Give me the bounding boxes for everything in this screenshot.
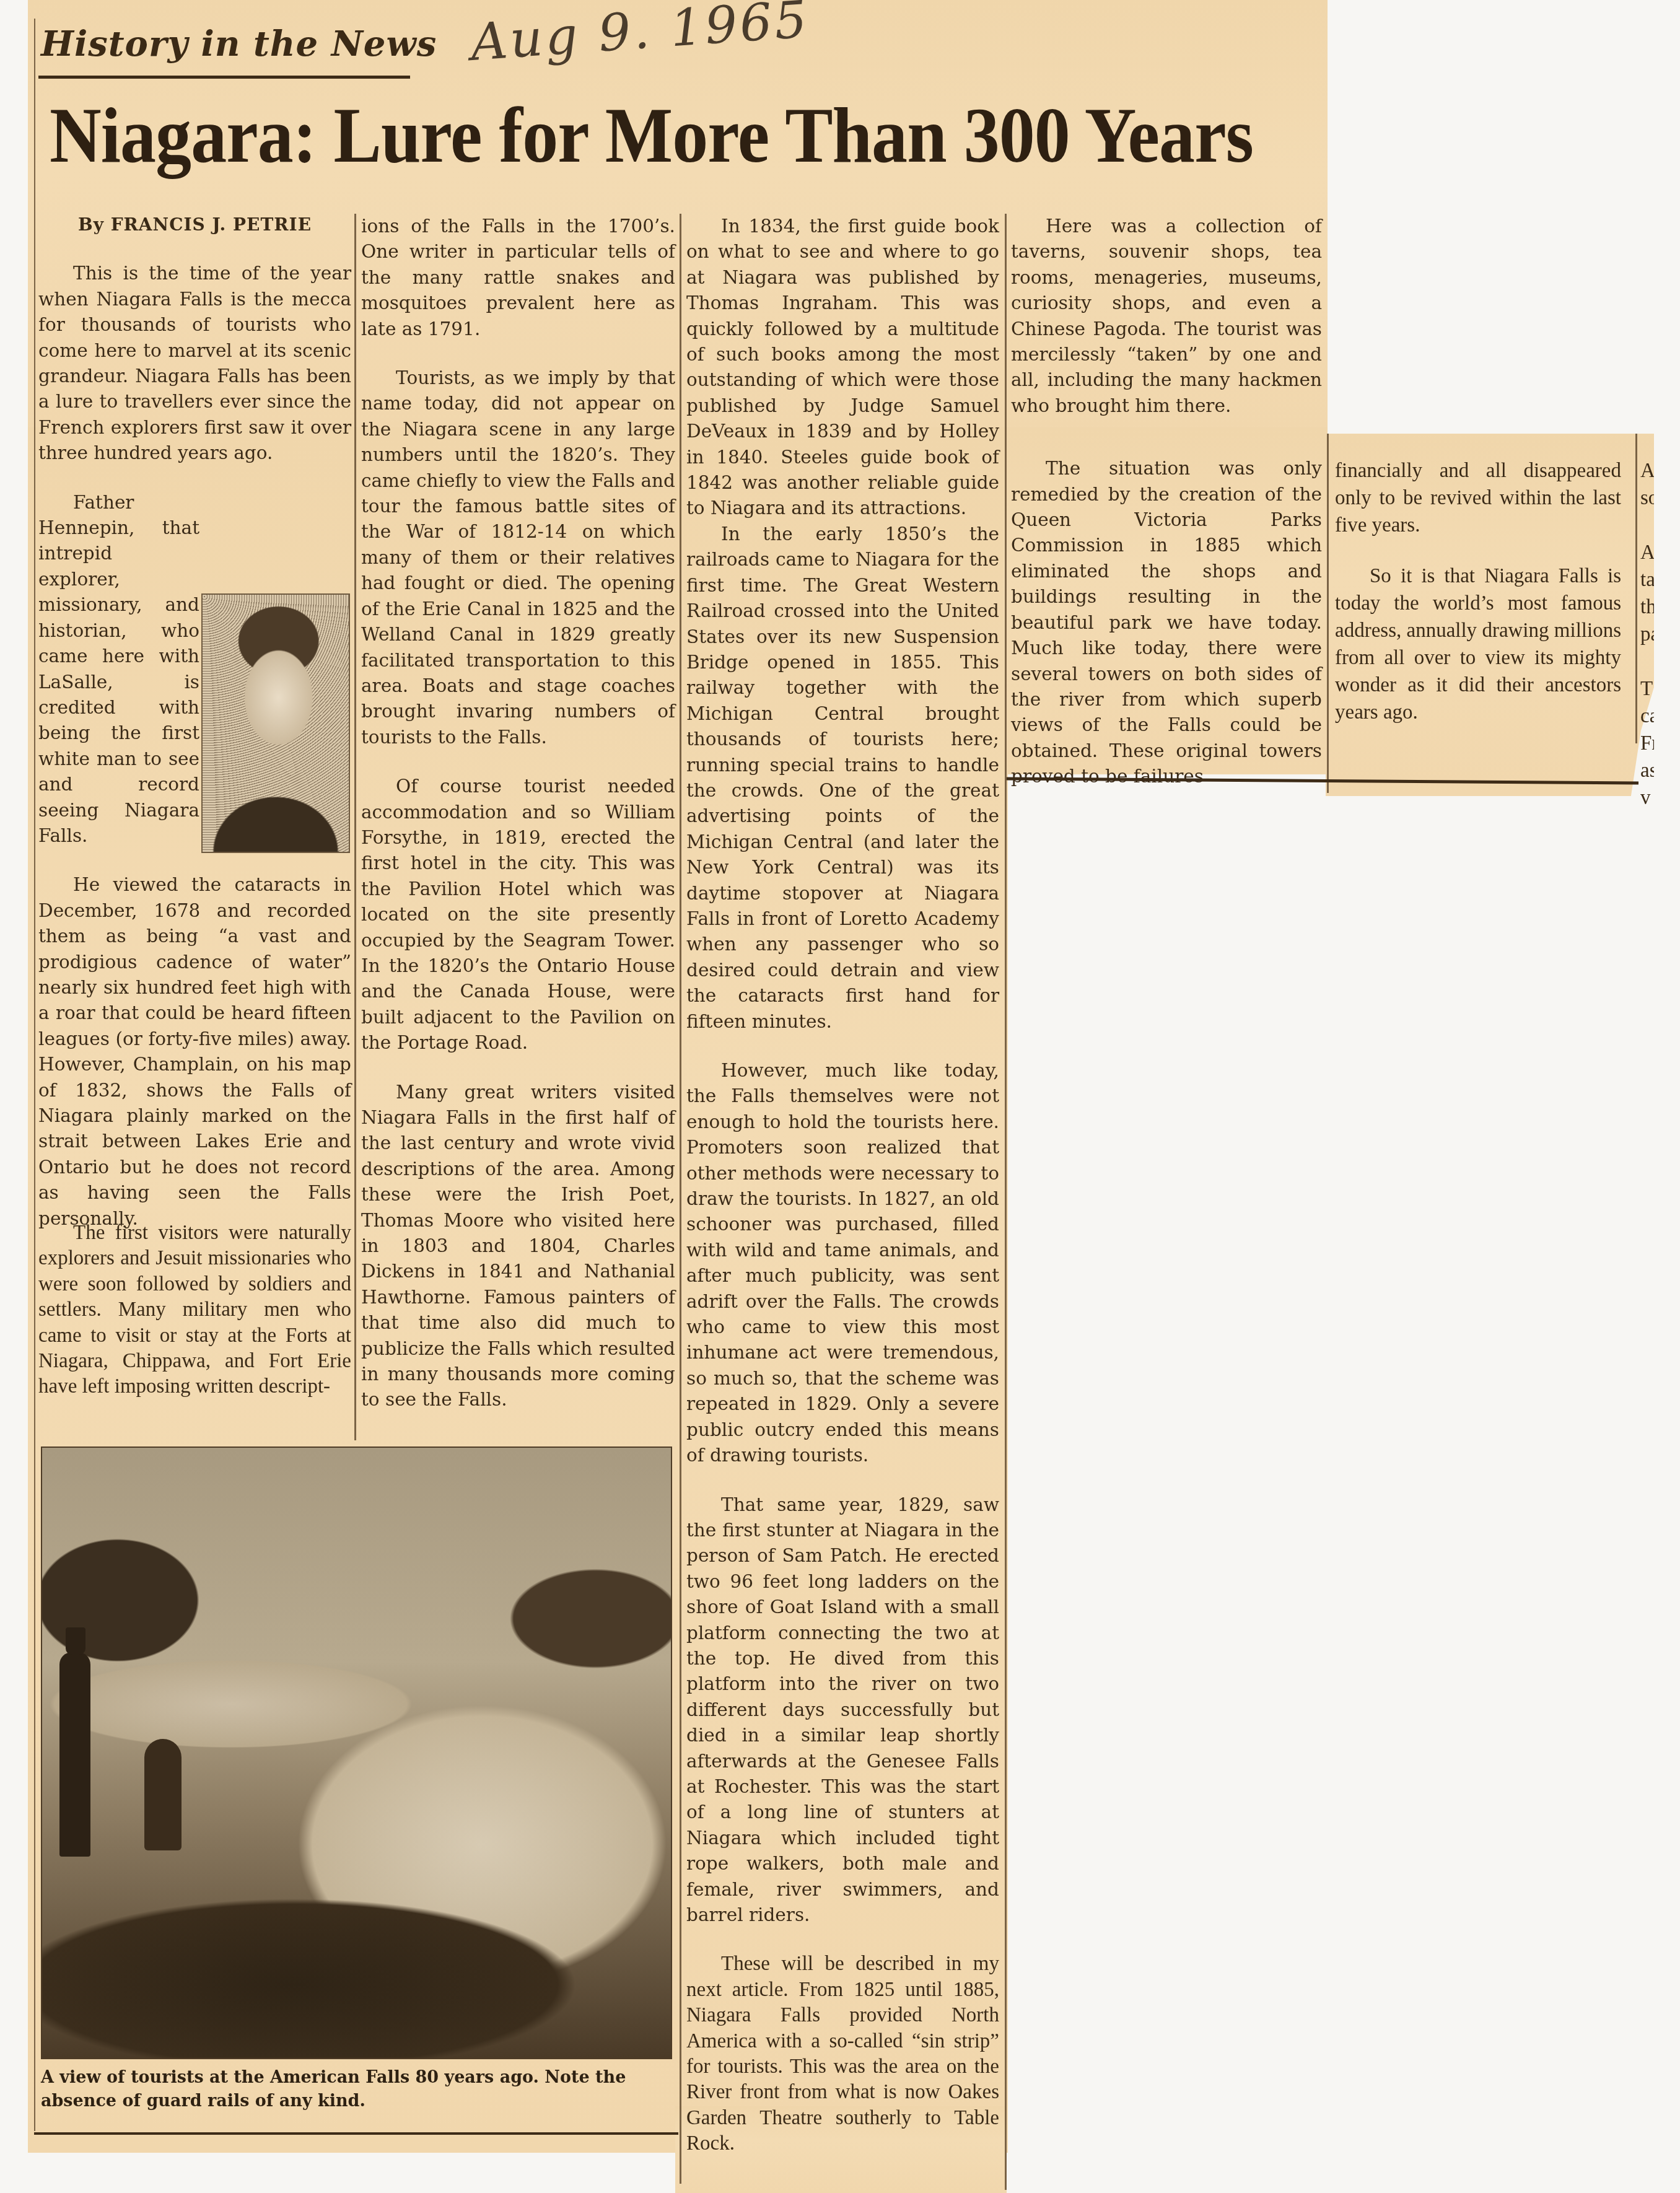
paragraph: Of course tourist needed accommodation a… [361,774,675,1056]
paragraph: In 1834, the first guide book on what to… [686,214,999,522]
paragraph: However, much like today, the Falls them… [686,1058,999,1469]
article-column-4: Here was a collection of taverns, souven… [1011,214,1322,813]
paragraph: So it is that Niagara Falls is today the… [1335,562,1621,726]
paragraph: These will be described in my next artic… [686,1951,999,2156]
section-label-underline [38,76,410,79]
column-rule-4 [1327,434,1329,793]
column-rule-5 [1635,434,1637,743]
paragraph: The first visitors were naturally explor… [38,1220,351,1400]
column-rule-3 [1005,214,1007,2190]
photo-section-bottom-rule [34,2132,678,2135]
tourist-figure [144,1739,182,1850]
tourist-figure [59,1652,90,1857]
paragraph: financially and all disappeared only to … [1335,457,1621,539]
article-column-1-lower: The first visitors were naturally explor… [38,1220,351,1424]
left-edge-rule [34,19,35,2131]
paragraph: That same year, 1829, saw the first stun… [686,1492,999,1928]
byline: By FRANCIS J. PETRIE [38,212,351,237]
paragraph: The situation was only remedied by the c… [1011,456,1322,789]
paragraph: Here was a collection of taverns, souven… [1011,214,1322,419]
article-column-3: In 1834, the first guide book on what to… [686,214,999,2181]
paragraph: Tourists, as we imply by that name today… [361,365,675,750]
paragraph: He viewed the cataracts in December, 167… [38,872,351,1232]
paragraph: This is the time of the year when Niagar… [38,261,351,466]
paragraph: Many great writers visited Niagara Falls… [361,1080,675,1413]
section-label: History in the News [41,24,437,64]
author-portrait [201,593,350,853]
headline: Niagara: Lure for More Than 300 Years [50,93,1223,180]
falls-photo [41,1447,672,2059]
article-column-2: ions of the Falls in the 1700’s. One wri… [361,214,675,1437]
adjacent-column-fragment: An so A ta the pa T ca Fr as v [1640,457,1654,812]
article-column-5: financially and all disappeared only to … [1335,457,1621,750]
paragraph: ions of the Falls in the 1700’s. One wri… [361,214,675,342]
column-rule-1 [354,214,356,1440]
column-rule-2 [680,214,681,2184]
photo-caption: A view of tourists at the American Falls… [41,2066,670,2113]
paragraph: In the early 1850’s the railroads came t… [686,522,999,1035]
